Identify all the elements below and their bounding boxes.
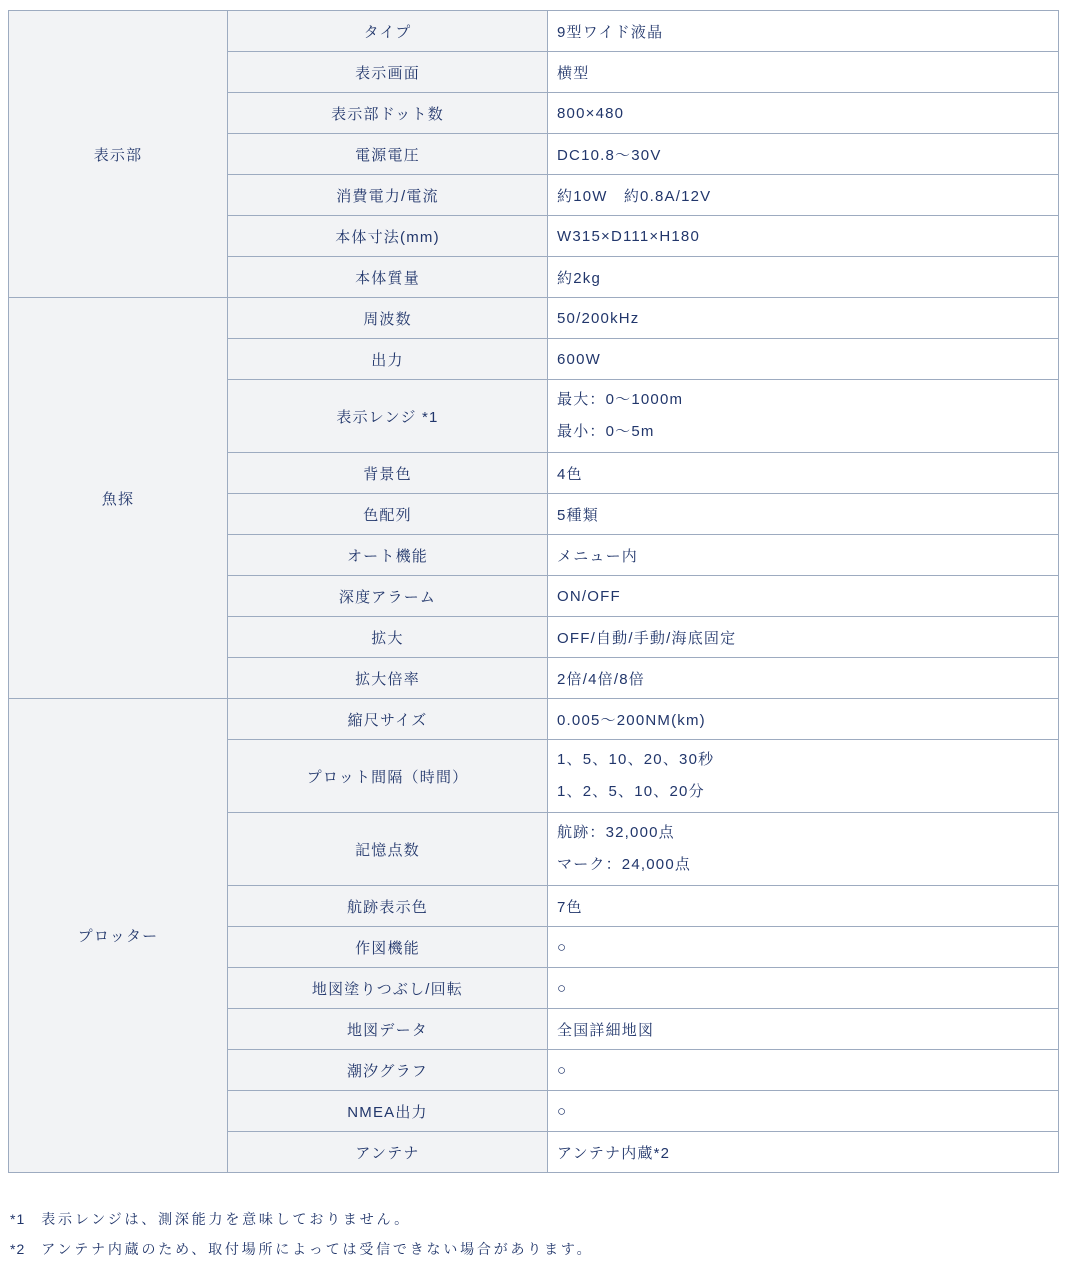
value-cell: 横型: [548, 52, 1059, 93]
value-cell: ○: [548, 1091, 1059, 1132]
attribute-label-cell: 表示画面: [228, 52, 548, 93]
value-cell: 2倍/4倍/8倍: [548, 658, 1059, 699]
table-row: プロッター縮尺サイズ0.005〜200NM(km): [9, 699, 1059, 740]
attribute-label-cell: 電源電圧: [228, 134, 548, 175]
value-line: マーク：24,000点: [557, 849, 1050, 881]
value-cell: ○: [548, 968, 1059, 1009]
attribute-label-cell: 表示レンジ *1: [228, 380, 548, 453]
attribute-label-cell: 縮尺サイズ: [228, 699, 548, 740]
attribute-label-cell: 本体寸法(mm): [228, 216, 548, 257]
value-line: 最大：0〜1000m: [557, 384, 1050, 416]
value-cell: 全国詳細地図: [548, 1009, 1059, 1050]
footnote-2-marker: *2: [10, 1234, 25, 1264]
value-cell: 1、5、10、20、30秒1、2、5、10、20分: [548, 740, 1059, 813]
attribute-label-cell: 地図塗りつぶし/回転: [228, 968, 548, 1009]
attribute-label-cell: 本体質量: [228, 257, 548, 298]
value-line: 最小：0〜5m: [557, 416, 1050, 448]
attribute-label-cell: 出力: [228, 339, 548, 380]
attribute-label-cell: 拡大倍率: [228, 658, 548, 699]
value-cell: 航跡：32,000点マーク：24,000点: [548, 813, 1059, 886]
attribute-label-cell: 深度アラーム: [228, 576, 548, 617]
value-cell: W315×D111×H180: [548, 216, 1059, 257]
value-cell: 800×480: [548, 93, 1059, 134]
attribute-label-cell: 背景色: [228, 453, 548, 494]
attribute-label-cell: 記憶点数: [228, 813, 548, 886]
section-header-cell: 表示部: [9, 11, 228, 298]
spec-page: 表示部タイプ9型ワイド液晶表示画面横型表示部ドット数800×480電源電圧DC1…: [0, 0, 1070, 1277]
value-line: 航跡：32,000点: [557, 817, 1050, 849]
attribute-label-cell: タイプ: [228, 11, 548, 52]
attribute-label-cell: オート機能: [228, 535, 548, 576]
spec-table: 表示部タイプ9型ワイド液晶表示画面横型表示部ドット数800×480電源電圧DC1…: [8, 10, 1059, 1173]
value-cell: DC10.8〜30V: [548, 134, 1059, 175]
value-cell: OFF/自動/手動/海底固定: [548, 617, 1059, 658]
attribute-label-cell: 拡大: [228, 617, 548, 658]
value-cell: 600W: [548, 339, 1059, 380]
footnote-1: *1表示レンジは、測深能力を意味しておりません。: [10, 1204, 593, 1234]
attribute-label-cell: 作図機能: [228, 927, 548, 968]
footnote-2: *2アンテナ内蔵のため、取付場所によっては受信できない場合があります。: [10, 1234, 593, 1264]
section-header-cell: プロッター: [9, 699, 228, 1173]
section-header-cell: 魚探: [9, 298, 228, 699]
value-cell: 0.005〜200NM(km): [548, 699, 1059, 740]
value-cell: 9型ワイド液晶: [548, 11, 1059, 52]
attribute-label-cell: アンテナ: [228, 1132, 548, 1173]
spec-table-body: 表示部タイプ9型ワイド液晶表示画面横型表示部ドット数800×480電源電圧DC1…: [9, 11, 1059, 1173]
value-cell: 約2kg: [548, 257, 1059, 298]
footnote-1-marker: *1: [10, 1204, 25, 1234]
attribute-label-cell: 地図データ: [228, 1009, 548, 1050]
value-cell: メニュー内: [548, 535, 1059, 576]
table-row: 魚探周波数50/200kHz: [9, 298, 1059, 339]
attribute-label-cell: プロット間隔（時間）: [228, 740, 548, 813]
value-cell: 50/200kHz: [548, 298, 1059, 339]
table-row: 表示部タイプ9型ワイド液晶: [9, 11, 1059, 52]
value-cell: ○: [548, 1050, 1059, 1091]
attribute-label-cell: 色配列: [228, 494, 548, 535]
value-cell: 7色: [548, 886, 1059, 927]
attribute-label-cell: 航跡表示色: [228, 886, 548, 927]
value-cell: ○: [548, 927, 1059, 968]
attribute-label-cell: 潮汐グラフ: [228, 1050, 548, 1091]
value-line: 1、2、5、10、20分: [557, 776, 1050, 808]
value-cell: アンテナ内蔵*2: [548, 1132, 1059, 1173]
attribute-label-cell: 表示部ドット数: [228, 93, 548, 134]
attribute-label-cell: 周波数: [228, 298, 548, 339]
value-cell: 約10W 約0.8A/12V: [548, 175, 1059, 216]
footnotes: *1表示レンジは、測深能力を意味しておりません。 *2アンテナ内蔵のため、取付場…: [10, 1204, 593, 1264]
value-cell: 4色: [548, 453, 1059, 494]
attribute-label-cell: 消費電力/電流: [228, 175, 548, 216]
footnote-2-text: アンテナ内蔵のため、取付場所によっては受信できない場合があります。: [41, 1241, 593, 1257]
value-line: 1、5、10、20、30秒: [557, 744, 1050, 776]
value-cell: 5種類: [548, 494, 1059, 535]
footnote-1-text: 表示レンジは、測深能力を意味しておりません。: [41, 1211, 411, 1227]
value-cell: ON/OFF: [548, 576, 1059, 617]
attribute-label-cell: NMEA出力: [228, 1091, 548, 1132]
value-cell: 最大：0〜1000m最小：0〜5m: [548, 380, 1059, 453]
